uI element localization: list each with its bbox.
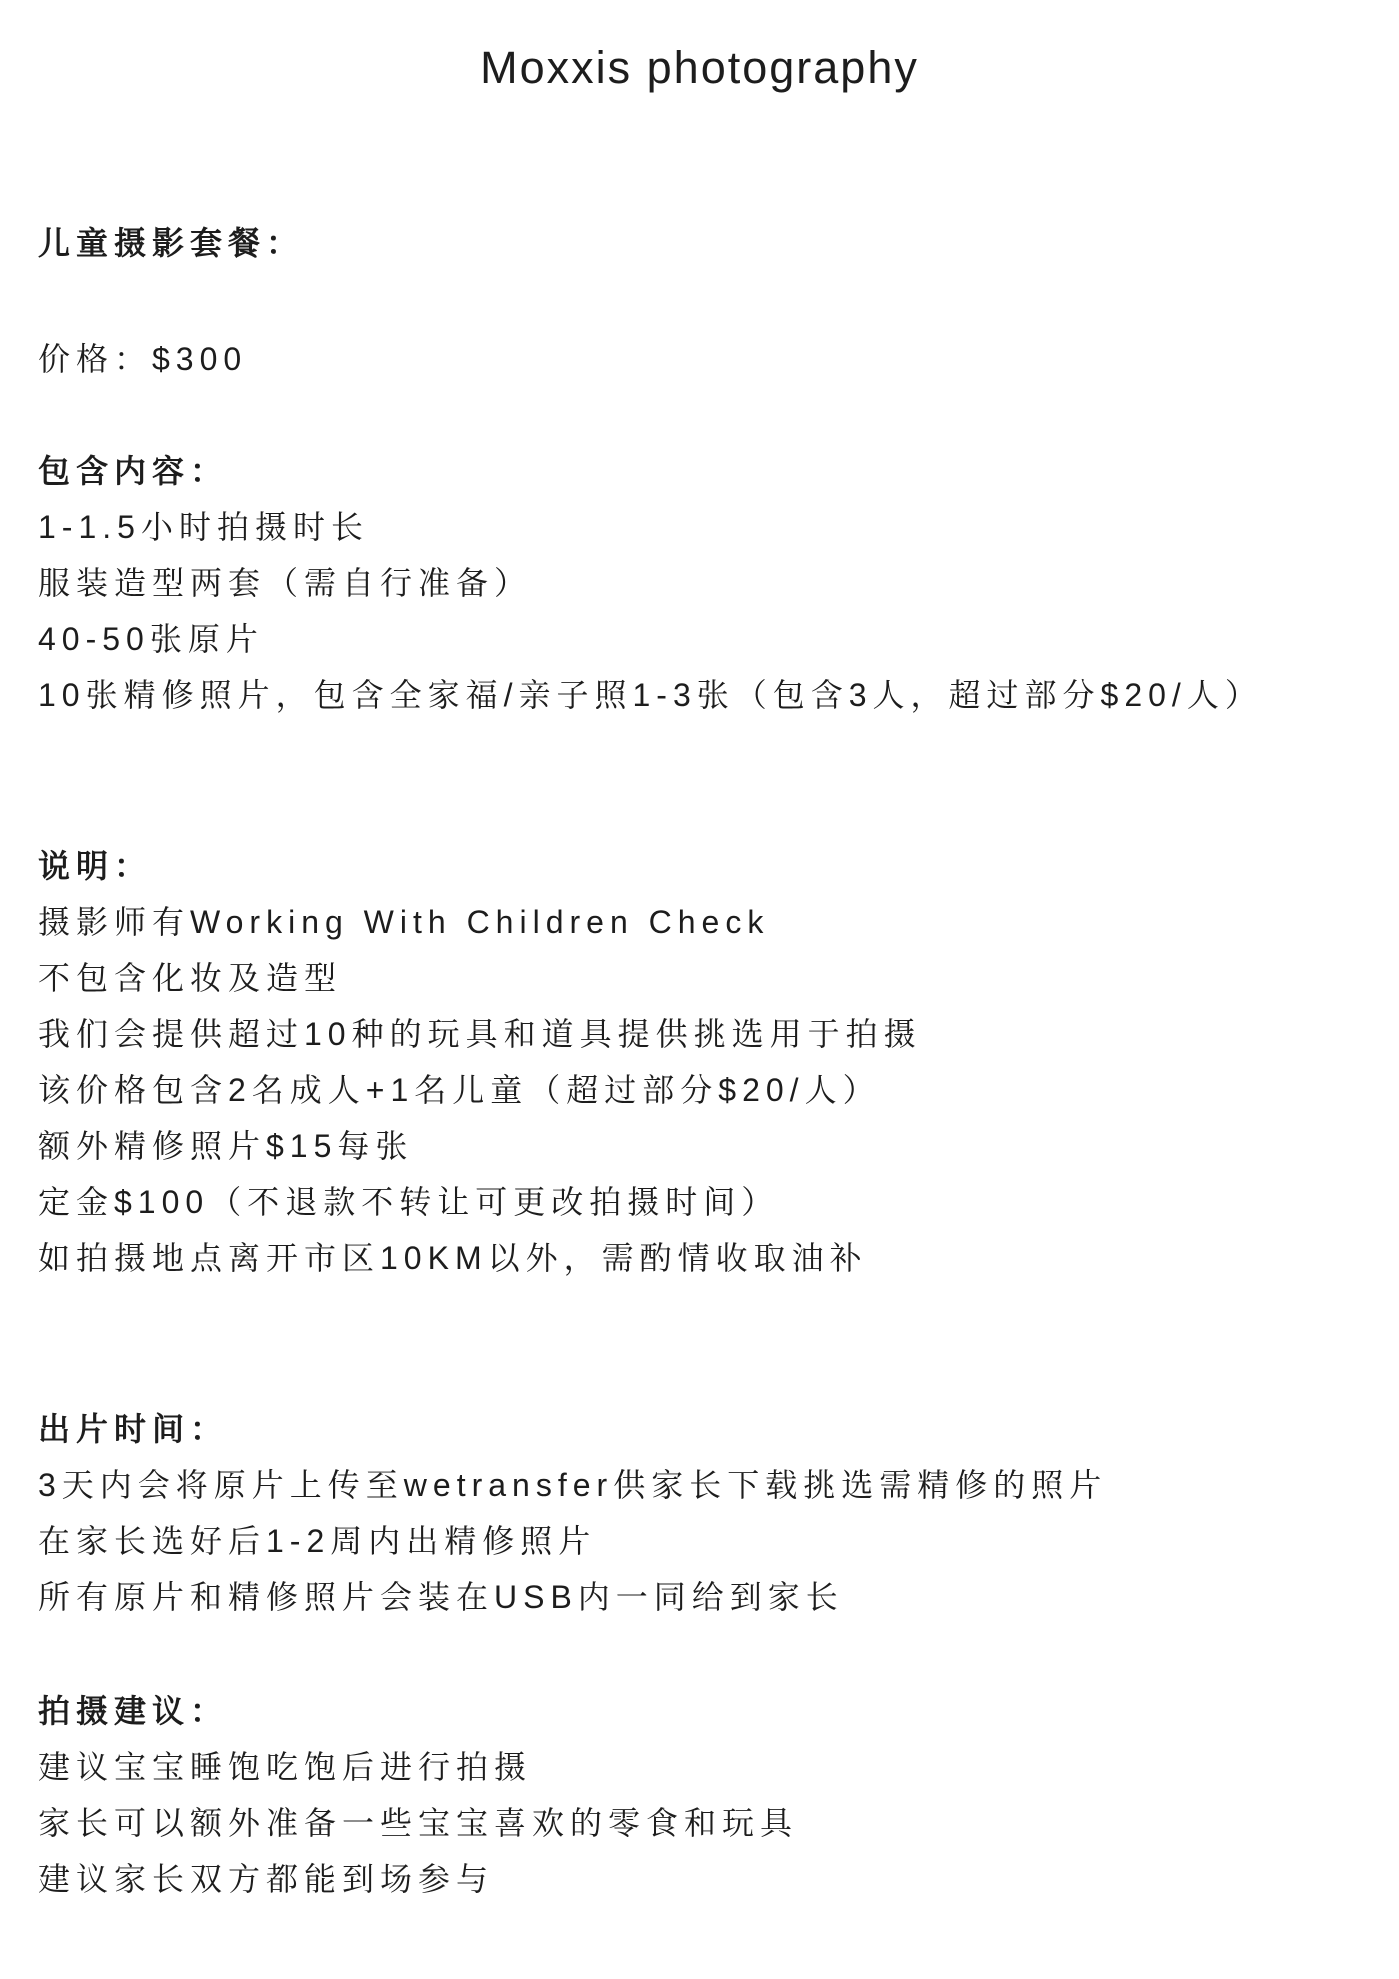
document-section: 拍摄建议：建议宝宝睡饱吃饱后进行拍摄家长可以额外准备一些宝宝喜欢的零食和玩具建议… bbox=[38, 1683, 1369, 1907]
document-line: 额外精修照片$15每张 bbox=[38, 1118, 1369, 1174]
document-line: 40-50张原片 bbox=[38, 611, 1369, 667]
document-line: 我们会提供超过10种的玩具和道具提供挑选用于拍摄 bbox=[38, 1006, 1369, 1062]
document-line: 服装造型两套（需自行准备） bbox=[38, 555, 1369, 611]
document-line: 1-1.5小时拍摄时长 bbox=[38, 499, 1369, 555]
section-heading: 包含内容： bbox=[38, 443, 1369, 499]
section-heading: 拍摄建议： bbox=[38, 1683, 1369, 1739]
document-line: 不包含化妆及造型 bbox=[38, 950, 1369, 1006]
document-line: 10张精修照片，包含全家福/亲子照1-3张（包含3人，超过部分$20/人） bbox=[38, 667, 1369, 723]
package-heading: 儿童摄影套餐： bbox=[38, 215, 1369, 271]
page-title: Moxxis photography bbox=[0, 40, 1399, 95]
document-body: 儿童摄影套餐： 价格：$300 包含内容：1-1.5小时拍摄时长服装造型两套（需… bbox=[0, 215, 1399, 1907]
document-line: 所有原片和精修照片会装在USB内一同给到家长 bbox=[38, 1569, 1369, 1625]
document-line: 摄影师有Working With Children Check bbox=[38, 894, 1369, 950]
sections-container: 包含内容：1-1.5小时拍摄时长服装造型两套（需自行准备）40-50张原片10张… bbox=[38, 443, 1369, 1907]
document-line: 定金$100（不退款不转让可更改拍摄时间） bbox=[38, 1174, 1369, 1230]
document-line: 建议家长双方都能到场参与 bbox=[38, 1851, 1369, 1907]
document-page: Moxxis photography 儿童摄影套餐： 价格：$300 包含内容：… bbox=[0, 0, 1399, 1979]
document-line: 家长可以额外准备一些宝宝喜欢的零食和玩具 bbox=[38, 1795, 1369, 1851]
document-line: 在家长选好后1-2周内出精修照片 bbox=[38, 1513, 1369, 1569]
document-line: 3天内会将原片上传至wetransfer供家长下载挑选需精修的照片 bbox=[38, 1457, 1369, 1513]
document-section: 说明：摄影师有Working With Children Check不包含化妆及… bbox=[38, 838, 1369, 1286]
document-section: 包含内容：1-1.5小时拍摄时长服装造型两套（需自行准备）40-50张原片10张… bbox=[38, 443, 1369, 723]
document-line: 该价格包含2名成人+1名儿童（超过部分$20/人） bbox=[38, 1062, 1369, 1118]
price-line: 价格：$300 bbox=[38, 331, 1369, 387]
document-section: 出片时间：3天内会将原片上传至wetransfer供家长下载挑选需精修的照片在家… bbox=[38, 1401, 1369, 1625]
section-heading: 说明： bbox=[38, 838, 1369, 894]
document-line: 如拍摄地点离开市区10KM以外，需酌情收取油补 bbox=[38, 1230, 1369, 1286]
section-heading: 出片时间： bbox=[38, 1401, 1369, 1457]
document-line: 建议宝宝睡饱吃饱后进行拍摄 bbox=[38, 1739, 1369, 1795]
